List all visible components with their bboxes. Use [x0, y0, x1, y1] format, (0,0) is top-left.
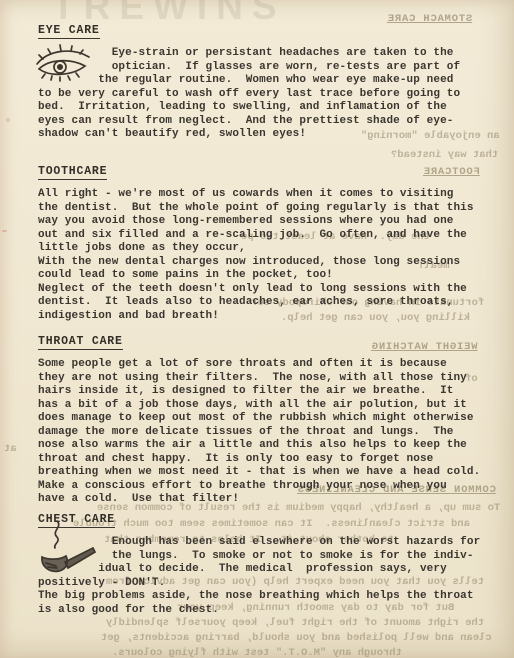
text-line: bed. Irritation, leading to swelling, an… — [38, 101, 504, 115]
text-line: optician. If glasses are worn, re-tests … — [38, 61, 504, 75]
text-line: dentist. It leads also to headaches, ear… — [38, 296, 504, 310]
section-throat-care: THROAT CARE Some people get a lot of sor… — [38, 331, 504, 507]
bleedthrough-line: through any "M.O.T." test with flying co… — [112, 647, 402, 658]
text-line: positively - DON'T. — [38, 577, 504, 591]
text-line: the dentist. But the whole point of goin… — [38, 202, 504, 216]
text-line: With the new dental charges now introduc… — [38, 256, 504, 270]
text-line: The big problems aside, the nose breathi… — [38, 590, 504, 604]
text-line: indigestion and bad breath! — [38, 310, 504, 324]
section-eye-care: EYE CARE Eye-strain or persistant headac… — [38, 20, 504, 142]
paragraph-toothcare: All right - we're most of us cowards whe… — [38, 188, 504, 323]
text-line: breathing when we most need it - that is… — [38, 466, 504, 480]
ink-speck — [2, 230, 7, 232]
text-line: the lungs. To smoke or not to smoke is f… — [38, 550, 504, 564]
text-line: All right - we're most of us cowards whe… — [38, 188, 504, 202]
bleedthrough-line: at — [4, 443, 17, 456]
text-line: to be very careful to wash off every las… — [38, 88, 504, 102]
ink-speck — [6, 118, 10, 122]
text-line: little jobs done as they occur, — [38, 242, 504, 256]
bleedthrough-line: the right amount of the right fuel, keep… — [106, 617, 484, 630]
text-line: Enough has been said elsewhere on the wo… — [38, 536, 504, 550]
text-line: Some people get a lot of sore throats an… — [38, 358, 504, 372]
text-line: is also good for the chest. — [38, 604, 504, 618]
section-chest-care: CHEST CARE Enough has been said elsewher… — [38, 509, 504, 617]
section-toothcare: TOOTHCARE All right - we're most of us c… — [38, 161, 504, 323]
paragraph-chest-care: Enough has been said elsewhere on the wo… — [38, 536, 504, 617]
text-line: does manage to keep out most of the rubb… — [38, 412, 504, 426]
text-line: out and six filled and a re-scaling job.… — [38, 229, 504, 243]
paragraph-eye-care: Eye-strain or persistant headaches are t… — [38, 47, 504, 142]
text-line: they are not using their filters. The no… — [38, 372, 504, 386]
text-line: have a cold. Use that filter! — [38, 493, 504, 507]
text-line: nose also warms the air a little and thi… — [38, 439, 504, 453]
section-heading-throat-care: THROAT CARE — [38, 335, 123, 350]
text-line: could lead to some pains in the pocket, … — [38, 269, 504, 283]
text-line: idual to decide. The medical profession … — [38, 563, 504, 577]
text-line: damage the more delicate tissues of the … — [38, 426, 504, 440]
text-line: throat and chest happy. It is only too e… — [38, 453, 504, 467]
section-heading-eye-care: EYE CARE — [38, 24, 100, 39]
text-line: way you avoid those long-remembered sess… — [38, 215, 504, 229]
text-line: the regular routine. Women who wear eye … — [38, 74, 504, 88]
text-line: Neglect of the teeth doesn't only lead t… — [38, 283, 504, 297]
paragraph-throat-care: Some people get a lot of sore throats an… — [38, 358, 504, 507]
scanned-page: TREWINS STOMACH CAREan enjoyable "mornin… — [0, 0, 514, 658]
text-line: eyes can result from neglect. And the pr… — [38, 115, 504, 129]
text-line: hairs inside it, is designed to filter t… — [38, 385, 504, 399]
text-line: has a bit of a job those days, with all … — [38, 399, 504, 413]
bleedthrough-line: clean and well polished and you should, … — [101, 632, 492, 645]
pipe-icon — [36, 519, 98, 582]
section-heading-toothcare: TOOTHCARE — [38, 165, 107, 180]
eye-icon — [34, 44, 92, 91]
text-line: Make a conscious effort to breathe throu… — [38, 480, 504, 494]
text-line: shadow can't beautify red, swollen eyes! — [38, 128, 504, 142]
text-line: Eye-strain or persistant headaches are t… — [38, 47, 504, 61]
